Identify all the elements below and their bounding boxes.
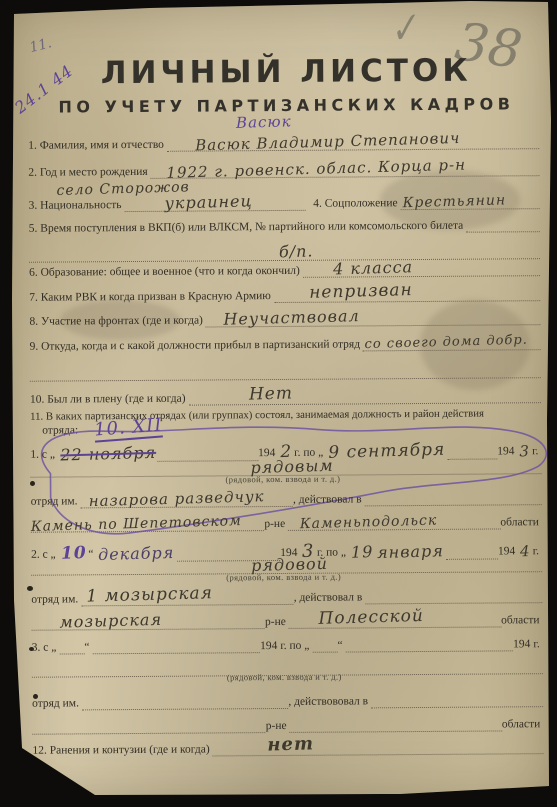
service3-acted-line [371,692,543,708]
birth-handwritten: 1922 г. ровенск. облас. Корца р-н [166,156,466,182]
education-line: 4 класса [303,261,540,278]
service1-unit-handwritten: назарова разведчук [88,488,264,510]
fronts-label: 8. Участие на фронтах (где и когда) [29,314,206,328]
service1-oblast-handwritten: Каменьподольск [300,512,438,532]
service1-district-label: р-не [264,518,288,531]
service2-oblast-handwritten: Полесской [319,607,425,629]
service1-district-line: Камень по Шепетовском [31,516,265,533]
fullname-label: 1. Фамилия, имя и отчество [28,139,167,153]
service1-acted-line [365,490,542,506]
social-position-line: Крестьянин [401,194,540,210]
surname-ink-note: Васюк [236,112,292,132]
service3-quote2: “ [337,639,345,652]
fullname-handwritten: Васюк Владимир Степанович [195,130,461,155]
service3-prefix: 3. с „ [32,641,60,654]
field-row-party: 5. Время поступления в ВКП(б) или ВЛКСМ,… [29,217,540,236]
service2-unit-row: отряд им. 1 мозырская , действовал в [31,588,542,607]
education-handwritten: 4 класса [333,258,413,279]
field-row-nationality: 3. Национальность украинец 4. Соцположен… [29,194,540,213]
form-content: 11. 24.1 44 ✓ 38 ЛИЧНЫЙ ЛИСТОК ПО УЧЕТУ … [0,0,557,807]
service3-year-end: 194 [513,638,533,651]
service3-district-label: р-не [266,720,290,733]
social-position-label: 4. Соцположение [305,197,400,211]
service3-day-line [59,639,84,654]
field-row-birth: 2. Год и место рождения 1922 г. ровенск.… [28,161,539,180]
service3-acted-label: , действововал в [288,695,371,709]
service2-unit-line: 1 мозырская [81,590,294,606]
education-label: 6. Образование: общее и военное (что и к… [29,265,303,280]
origin-line: со своего дома добр. [363,335,541,351]
field-row-fullname: 1. Фамилия, имя и отчество Васюк Владими… [28,134,539,153]
service3-year-suffix: г. [533,638,542,651]
service1-end-line [447,444,497,459]
service3-rank-hint: (рядовой, ком. взвода и т. д.) [227,672,342,683]
birth-line: 1922 г. ровенск. облас. Корца р-н [151,161,540,179]
service2-location-row: мозырская р-не Полесской области [31,612,542,631]
origin-handwritten: со своего дома добр. [365,334,529,353]
service2-oblast-label: области [501,614,543,628]
service3-quote1: “ [84,641,92,654]
field-row-origin: 9. Откуда, когда и с какой должности при… [30,335,541,354]
service3-unit-line [82,694,289,710]
field-row-education: 6. Образование: общее и военное (что и к… [29,261,540,280]
service1-year-end: 194 [497,446,517,459]
service3-oblast-label: области [502,718,544,732]
service3-year-start: 194 [260,640,280,653]
field-row-origin2 [30,363,541,382]
service3-end-line [346,636,514,652]
party-handwritten: б/п. [279,242,314,261]
party-label: 5. Время поступления в ВКП(б) или ВЛКСМ,… [29,219,467,235]
birth-label: 2. Год и место рождения [28,166,150,180]
service1-start-line [158,446,258,462]
rvk-line: непризван [274,286,540,303]
service1-rank-hint: (рядовой, ком. взвода и т. д.) [225,474,340,485]
fronts-handwritten: Неучаствовал [224,307,361,329]
service2-district-label: р-не [265,616,289,629]
service2-acted-label: , действовал в [294,591,366,605]
field-row-wounds: 12. Ранения и контузии (где и когда) нет [32,739,543,758]
service3-oblast-line [290,716,502,732]
service3-start-line [92,638,260,654]
service1-unit-line: назарова разведчук [80,492,293,508]
fronts-line: Неучаствовал [206,310,541,327]
service3-location-row: р-не области [32,716,543,735]
service1-unit-label: отряд им. [31,495,81,509]
service3-end-day-line [312,638,337,653]
wounds-line: нет [213,739,544,756]
service3-unit-label: отряд им. [32,697,82,711]
service2-rank-hint: (рядовой, ком. взвода и т. д.) [226,572,341,583]
pencil-check-mark: ✓ [385,3,422,55]
service2-acted-line [365,588,542,604]
wounds-label: 12. Ранения и контузии (где и когда) [32,743,212,757]
rvk-label: 7. Каким РВК и когда призван в Красную А… [29,290,274,305]
rvk-handwritten: непризван [309,281,413,303]
fullname-line: Васюк Владимир Степанович [167,134,539,152]
service3-unit-row: отряд им. , действововал в [32,692,543,711]
nationality-line: украинец [124,196,305,212]
form-title: ЛИЧНЫЙ ЛИСТОК [38,52,535,91]
service3-dates-row: 3. с „ “ 194 г. по „ “ 194 г. [32,636,543,655]
service2-oblast-line: Полесской [289,612,501,628]
service2-district-handwritten: мозырская [59,610,162,631]
service1-prefix: 1. с „ [30,449,58,462]
service3-district-line [32,718,266,735]
nationality-label: 3. Национальность [29,199,125,213]
nationality-handwritten: украинец [164,192,253,213]
service2-unit-label: отряд им. [31,593,81,607]
service3-to-label: г. по „ [280,640,312,653]
service1-oblast-label: области [500,516,542,530]
service2-unit-handwritten: 1 мозырская [86,585,213,608]
service1-oblast-line: Каменьподольск [288,514,500,530]
social-position-handwritten: Крестьянин [402,192,506,211]
wounds-handwritten: нет [267,735,314,757]
party-line [466,217,540,233]
scanned-document-page: { "marginalia": { "top_left_number": "11… [0,0,557,807]
service1-year-suffix: г. [532,445,541,458]
service1-acted-label: , действовал в [293,493,365,507]
pencil-note-number: 11. [28,35,54,56]
field-row-rvk: 7. Каким РВК и когда призван в Красную А… [29,286,540,305]
origin-label: 9. Откуда, когда и с какой должности при… [30,338,364,354]
service2-district-line: мозырская [31,614,265,631]
field-row-party2: б/п. [29,244,540,263]
field-row-fronts: 8. Участие на фронтах (где и когда) Неуч… [29,310,540,329]
party-line2: б/п. [29,244,540,263]
origin-line2 [30,363,541,382]
